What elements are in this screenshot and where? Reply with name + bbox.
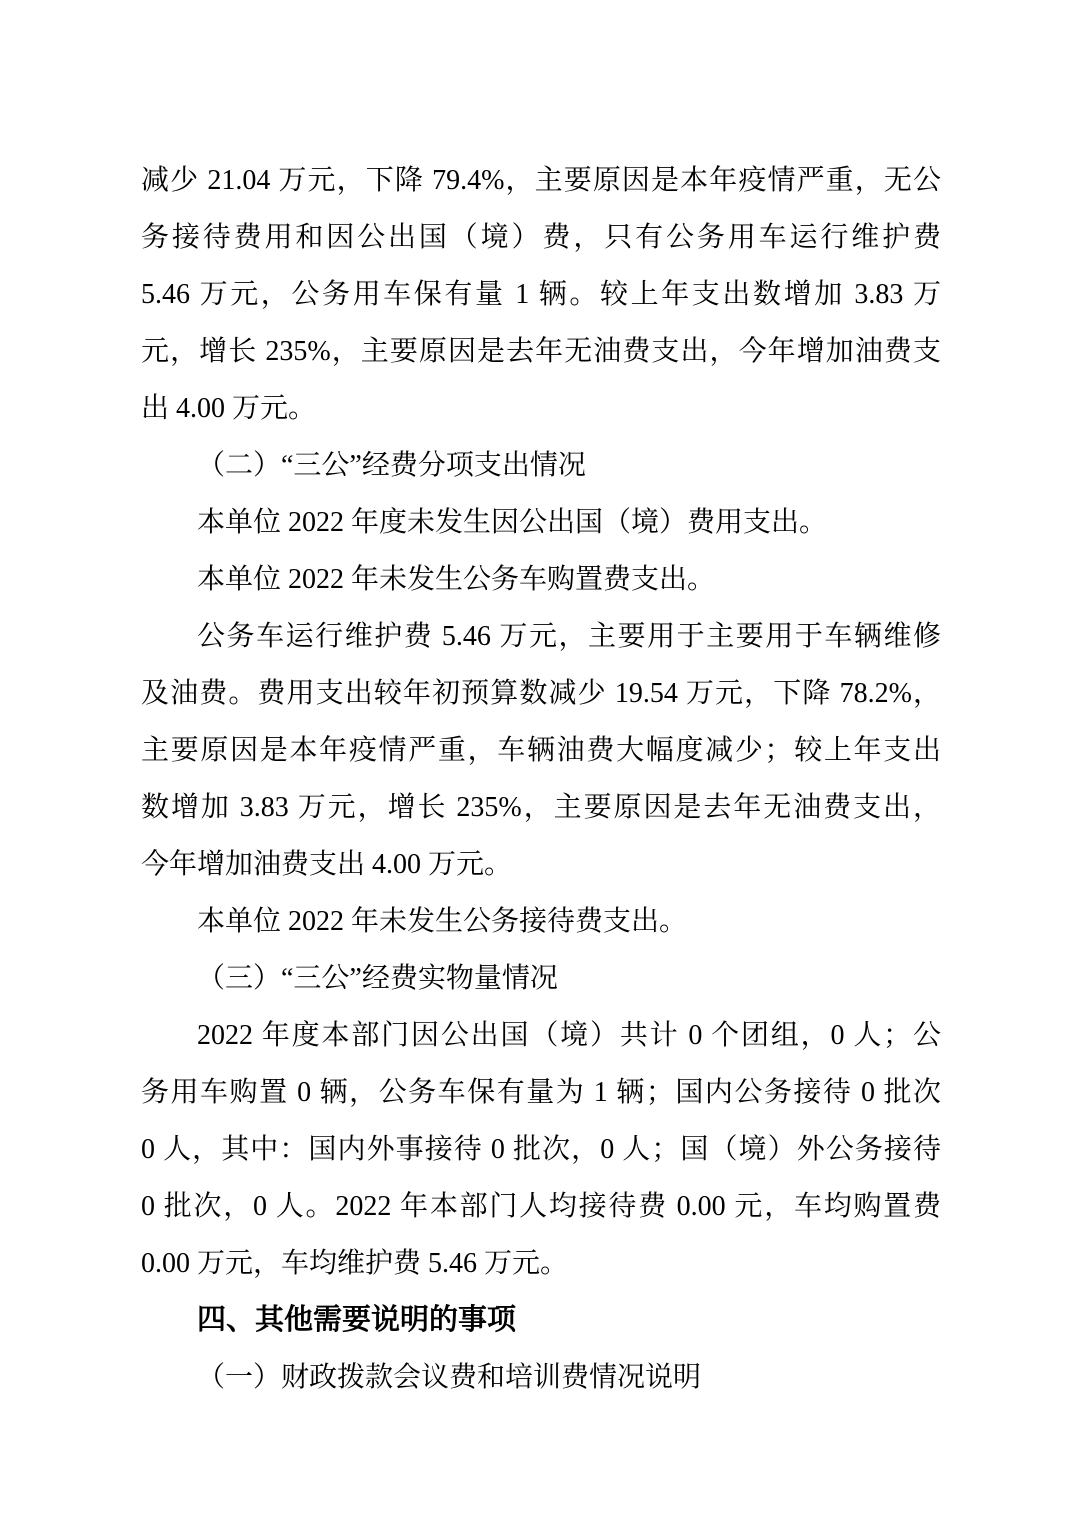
body-line: 及油费。费用支出较年初预算数减少 19.54 万元，下降 78.2%， [141, 665, 941, 722]
document-text-block: 减少 21.04 万元，下降 79.4%，主要原因是本年疫情严重，无公 务接待费… [141, 152, 941, 1406]
body-line: 0 批次，0 人。2022 年本部门人均接待费 0.00 元，车均购置费 [141, 1178, 941, 1235]
body-line: 本单位 2022 年未发生公务车购置费支出。 [141, 551, 941, 608]
body-line: 0 人，其中：国内外事接待 0 批次，0 人；国（境）外公务接待 [141, 1121, 941, 1178]
body-line: 出 4.00 万元。 [141, 380, 941, 437]
body-line: 减少 21.04 万元，下降 79.4%，主要原因是本年疫情严重，无公 [141, 152, 941, 209]
body-line: 公务车运行维护费 5.46 万元，主要用于主要用于车辆维修 [141, 608, 941, 665]
subheading-section-1: （一）财政拨款会议费和培训费情况说明 [141, 1349, 941, 1406]
body-line: 2022 年度本部门因公出国（境）共计 0 个团组，0 人；公 [141, 1007, 941, 1064]
body-line: 0.00 万元，车均维护费 5.46 万元。 [141, 1235, 941, 1292]
body-line: 今年增加油费支出 4.00 万元。 [141, 836, 941, 893]
body-line: 主要原因是本年疫情严重，车辆油费大幅度减少；较上年支出 [141, 722, 941, 779]
body-line: 本单位 2022 年未发生公务接待费支出。 [141, 893, 941, 950]
body-line: 5.46 万元，公务用车保有量 1 辆。较上年支出数增加 3.83 万 [141, 266, 941, 323]
subheading-section-2: （二）“三公”经费分项支出情况 [141, 437, 941, 494]
heading-section-4: 四、其他需要说明的事项 [141, 1292, 941, 1349]
body-line: 务接待费用和因公出国（境）费，只有公务用车运行维护费 [141, 209, 941, 266]
subheading-section-3: （三）“三公”经费实物量情况 [141, 950, 941, 1007]
document-page: 减少 21.04 万元，下降 79.4%，主要原因是本年疫情严重，无公 务接待费… [0, 0, 1075, 1521]
body-line: 数增加 3.83 万元，增长 235%，主要原因是去年无油费支出， [141, 779, 941, 836]
body-line: 务用车购置 0 辆，公务车保有量为 1 辆；国内公务接待 0 批次 [141, 1064, 941, 1121]
body-line: 本单位 2022 年度未发生因公出国（境）费用支出。 [141, 494, 941, 551]
body-line: 元，增长 235%，主要原因是去年无油费支出，今年增加油费支 [141, 323, 941, 380]
